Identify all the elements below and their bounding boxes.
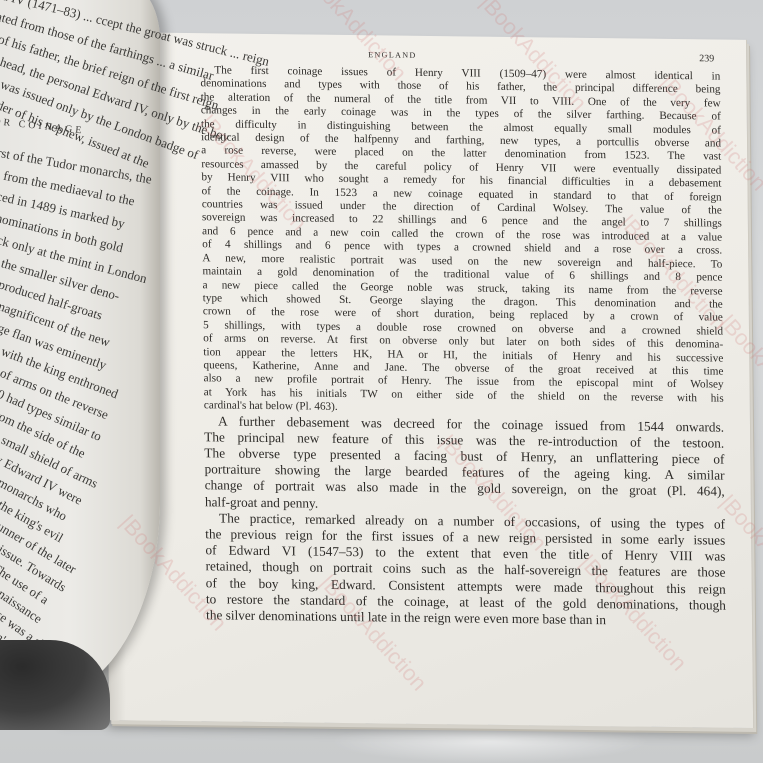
paragraph-2: A further debasement was decreed for the… [204,413,725,517]
left-page-text: ...Edward IV (1471–83) ... ccept the gro… [0,0,150,639]
right-page-text: ENGLAND 239 The first coinage issues of … [200,47,726,630]
running-head: ENGLAND 239 [200,47,720,64]
running-head-title: ENGLAND [368,50,417,60]
paragraph-1: The first coinage issues of Henry VIII (… [200,64,724,419]
left-lines-below: I, the first of the Tudor monarchs, thea… [0,135,150,639]
left-page: ...Edward IV (1471–83) ... ccept the gro… [0,0,160,700]
photo-stage: ENGLAND 239 The first coinage issues of … [0,0,763,763]
page-number: 239 [699,53,714,64]
right-page: ENGLAND 239 The first coinage issues of … [102,32,754,728]
paragraph-3: The practice, remarked already on a numb… [205,510,726,630]
left-lines-above: ...Edward IV (1471–83) ... ccept the gro… [0,0,150,100]
